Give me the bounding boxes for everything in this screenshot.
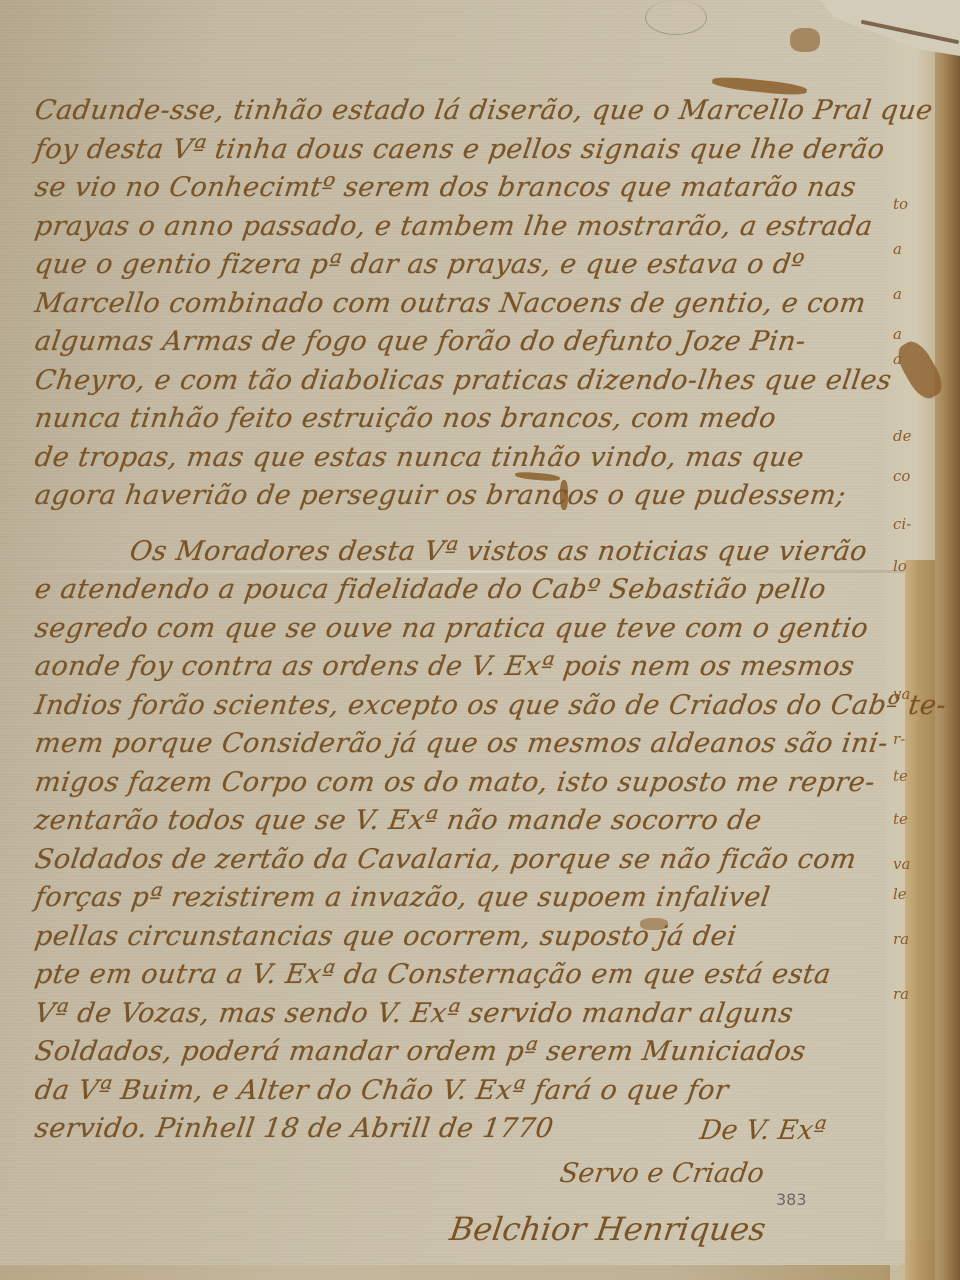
margin-fragment: a — [893, 285, 902, 303]
text-line: Soldados de zertão da Cavalaria, porque … — [32, 841, 867, 880]
margin-fragment: va — [893, 685, 910, 703]
signature: Belchior Henriques — [447, 1210, 768, 1248]
folio-number: 383 — [776, 1190, 807, 1209]
margin-fragment: le — [893, 885, 907, 903]
text-line: que o gentio fizera pª dar as prayas, e … — [32, 246, 867, 285]
text-line: pellas circunstancias que ocorrem, supos… — [32, 918, 867, 957]
text-line: se vio no Conhecimtº serem dos brancos q… — [32, 169, 867, 208]
closing-servant: Servo e Criado — [558, 1158, 766, 1189]
text-line: Soldados, poderá mandar ordem pª serem M… — [32, 1033, 867, 1072]
text-line: prayas o anno passado, e tambem lhe most… — [32, 208, 867, 247]
text-line: pte em outra a V. Exª da Consternação em… — [32, 956, 867, 995]
text-line: de tropas, mas que estas nunca tinhão vi… — [32, 439, 867, 478]
text-line: migos fazem Corpo com os do mato, isto s… — [32, 764, 867, 803]
ink-stain — [790, 28, 820, 52]
text-line: foy desta Vª tinha dous caens e pellos s… — [32, 131, 867, 170]
margin-fragment: te — [893, 810, 908, 828]
text-line: forças pª rezistirem a invazão, que supo… — [32, 879, 867, 918]
text-line: mem porque Considerão já que os mesmos a… — [32, 725, 867, 764]
binding-fold — [905, 560, 935, 1280]
margin-fragment: te — [893, 767, 908, 785]
margin-fragment: to — [893, 195, 908, 213]
margin-fragment: ra — [893, 930, 909, 948]
text-line: da Vª Buim, e Alter do Chão V. Exª fará … — [32, 1072, 867, 1111]
margin-fragment: co — [893, 467, 910, 485]
margin-fragment: a — [893, 325, 902, 343]
margin-fragment: a — [893, 240, 902, 258]
text-line: agora haverião de perseguir os brancos o… — [32, 477, 867, 516]
margin-fragment: lo — [893, 557, 907, 575]
text-line: Vª de Vozas, mas sendo V. Exª servido ma… — [32, 995, 867, 1034]
text-line: Marcello combinado com outras Nacoens de… — [32, 285, 867, 324]
margin-fragment: ci- — [893, 515, 911, 533]
archive-stamp — [645, 0, 707, 35]
text-line: Cadunde-sse, tinhão estado lá diserão, q… — [32, 92, 867, 131]
margin-fragment: a — [893, 350, 902, 368]
text-line: aonde foy contra as ordens de V. Exª poi… — [32, 648, 867, 687]
margin-fragment: r- — [893, 730, 905, 748]
text-line: zentarão todos que se V. Exª não mande s… — [32, 802, 867, 841]
text-line: e atendendo a pouca fidelidade do Cabº S… — [32, 571, 867, 610]
margin-fragment: ra — [893, 985, 909, 1003]
text-line: segredo com que se ouve na pratica que t… — [32, 610, 867, 649]
text-line: algumas Armas de fogo que forão do defun… — [32, 323, 867, 362]
text-line: Indios forão scientes, excepto os que sã… — [32, 687, 867, 726]
margin-fragment: va — [893, 855, 910, 873]
letter-body: Cadunde-sse, tinhão estado lá diserão, q… — [35, 92, 865, 1149]
closing-salutation: De V. Exª — [698, 1115, 828, 1146]
margin-fragment: de — [893, 427, 911, 445]
text-line: Cheyro, e com tão diabolicas praticas di… — [32, 362, 867, 401]
paragraph-start: Os Moradores desta Vª vistos as noticias… — [32, 533, 867, 572]
text-line: nunca tinhão feito estruição nos brancos… — [32, 400, 867, 439]
